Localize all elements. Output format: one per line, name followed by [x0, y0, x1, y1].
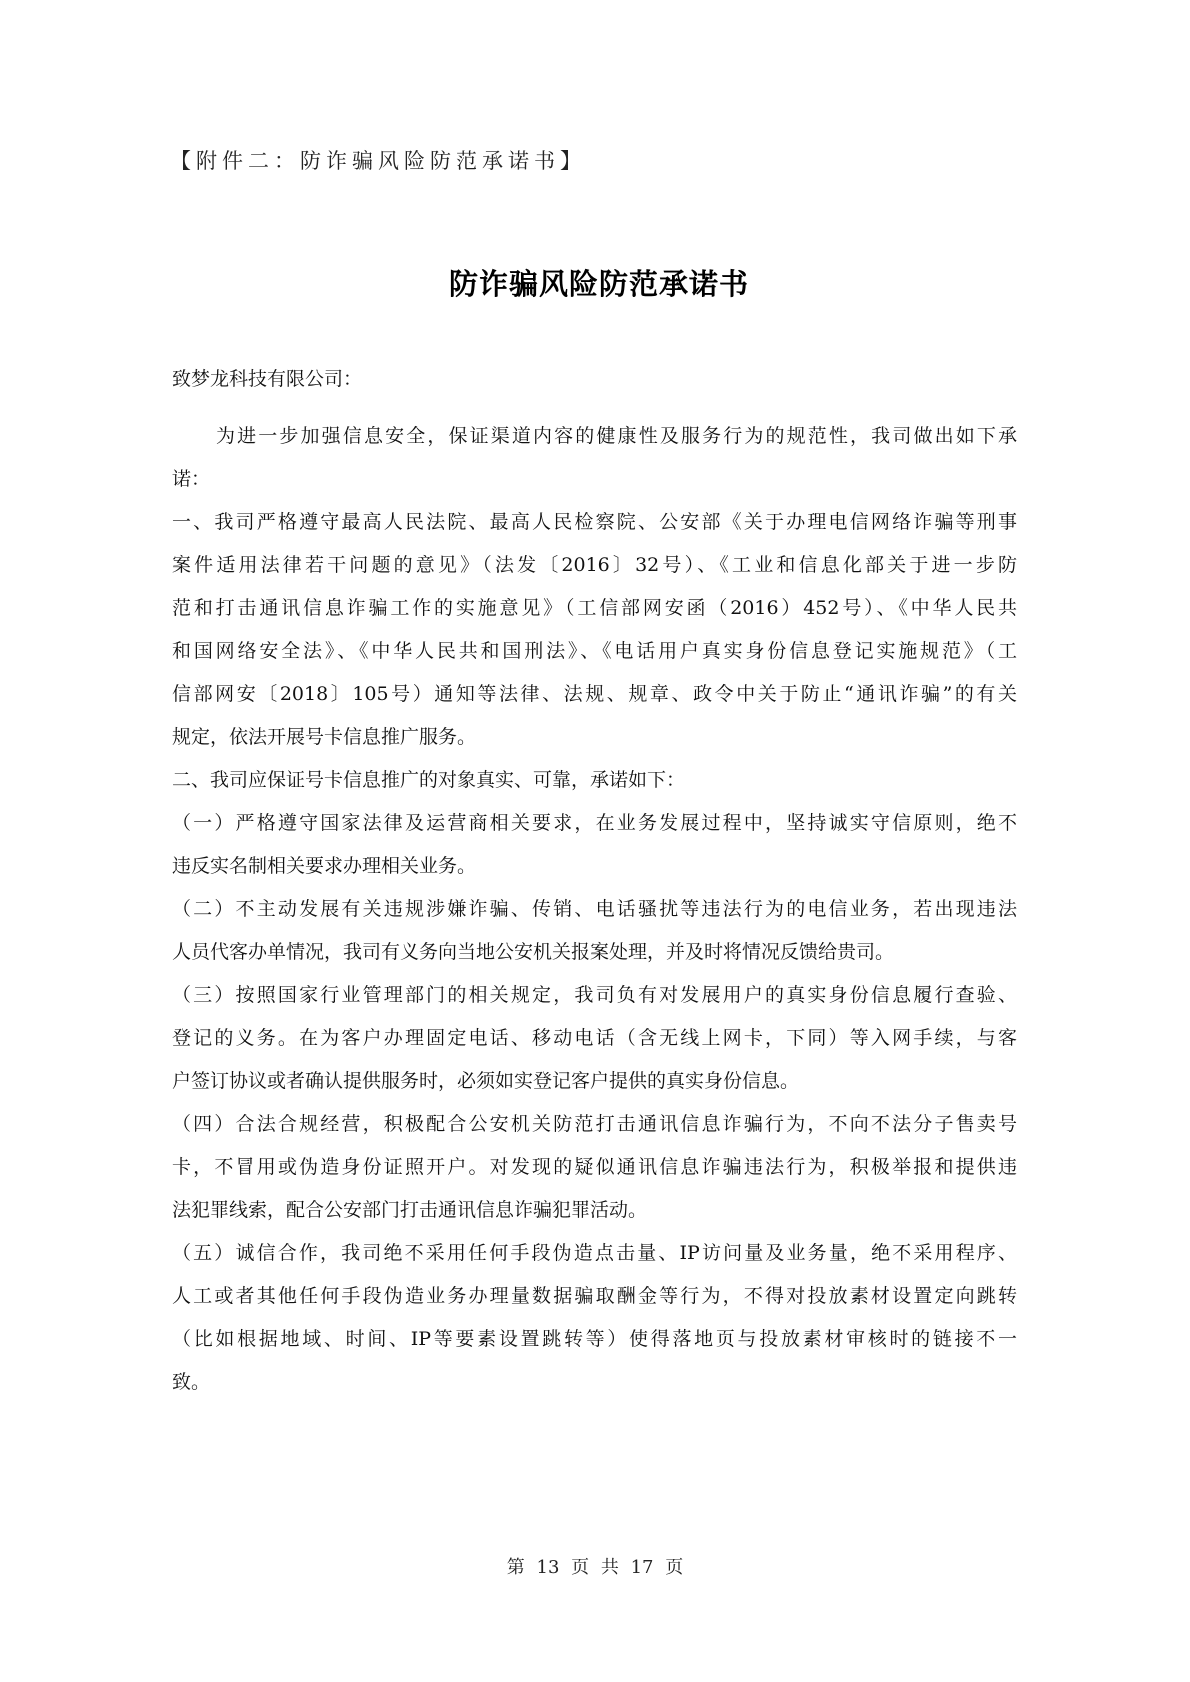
section-1-line: 规定，依法开展号卡信息推广服务。 — [172, 723, 1017, 751]
commitment-item-2-line: （二）不主动发展有关违规涉嫌诈骗、传销、电话骚扰等违法行为的电信业务，若出现违法 — [172, 895, 1017, 923]
commitment-item-4-line: （四）合法合规经营，积极配合公安机关防范打击通讯信息诈骗行为，不向不法分子售卖号 — [172, 1110, 1017, 1138]
commitment-item-5-line: （比如根据地域、时间、IP等要素设置跳转等）使得落地页与投放素材审核时的链接不一 — [172, 1325, 1017, 1353]
commitment-item-2-line: 人员代客办单情况，我司有义务向当地公安机关报案处理，并及时将情况反馈给贵司。 — [172, 938, 1017, 966]
section-1-line: 范和打击通讯信息诈骗工作的实施意见》（工信部网安函（2016）452号）、《中华… — [172, 594, 1017, 622]
commitment-item-1-line: 违反实名制相关要求办理相关业务。 — [172, 852, 1017, 880]
commitment-item-4-line: 卡，不冒用或伪造身份证照开户。对发现的疑似通讯信息诈骗违法行为，积极举报和提供违 — [172, 1153, 1017, 1181]
commitment-item-1-line: （一）严格遵守国家法律及运营商相关要求，在业务发展过程中，坚持诚实守信原则，绝不 — [172, 809, 1017, 837]
commitment-item-3-line: 登记的义务。在为客户办理固定电话、移动电话（含无线上网卡，下同）等入网手续，与客 — [172, 1024, 1017, 1052]
commitment-item-3-line: 户签订协议或者确认提供服务时，必须如实登记客户提供的真实身份信息。 — [172, 1067, 1017, 1095]
intro-line: 为进一步加强信息安全，保证渠道内容的健康性及服务行为的规范性，我司做出如下承 — [216, 422, 1017, 450]
section-1-line: 和国网络安全法》、《中华人民共和国刑法》、《电话用户真实身份信息登记实施规范》（… — [172, 637, 1017, 665]
document-page: 【附件二：防诈骗风险防范承诺书】 防诈骗风险防范承诺书 致梦龙科技有限公司： 为… — [0, 0, 1190, 1682]
page-number-footer: 第 13 页 共 17 页 — [0, 1553, 1190, 1579]
section-1-line: 一、我司严格遵守最高人民法院、最高人民检察院、公安部《关于办理电信网络诈骗等刑事 — [172, 508, 1017, 536]
intro-line: 诺： — [172, 465, 1017, 493]
section-1-line: 案件适用法律若干问题的意见》（法发〔2016〕32号）、《工业和信息化部关于进一… — [172, 551, 1017, 579]
commitment-item-3-line: （三）按照国家行业管理部门的相关规定，我司负有对发展用户的真实身份信息履行查验、 — [172, 981, 1017, 1009]
section-2-heading: 二、我司应保证号卡信息推广的对象真实、可靠，承诺如下： — [172, 766, 1017, 794]
attachment-label: 【附件二：防诈骗风险防范承诺书】 — [170, 145, 586, 175]
commitment-item-5-line: （五）诚信合作，我司绝不采用任何手段伪造点击量、IP访问量及业务量，绝不采用程序… — [172, 1239, 1017, 1267]
commitment-item-5-line: 致。 — [172, 1368, 1017, 1396]
salutation: 致梦龙科技有限公司： — [172, 364, 362, 391]
commitment-item-4-line: 法犯罪线索，配合公安部门打击通讯信息诈骗犯罪活动。 — [172, 1196, 1017, 1224]
section-1-line: 信部网安〔2018〕105号）通知等法律、法规、规章、政令中关于防止“通讯诈骗”… — [172, 680, 1017, 708]
document-title: 防诈骗风险防范承诺书 — [0, 262, 1190, 303]
commitment-item-5-line: 人工或者其他任何手段伪造业务办理量数据骗取酬金等行为，不得对投放素材设置定向跳转 — [172, 1282, 1017, 1310]
